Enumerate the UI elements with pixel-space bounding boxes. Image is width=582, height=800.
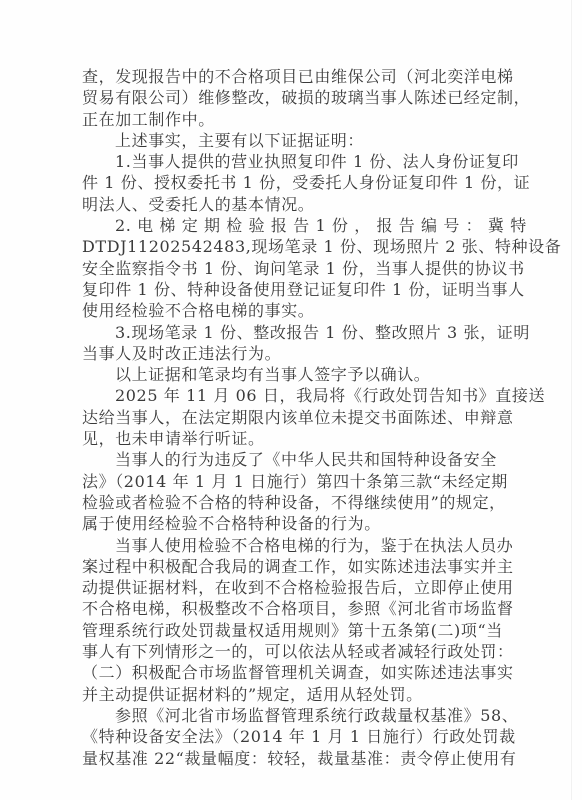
text-line: 当事人的行为违反了《中华人民共和国特种设备安全	[82, 449, 484, 470]
text-line: 当事人使用检验不合格电梯的行为，鉴于在执法人员办	[82, 535, 484, 556]
page-edge-shadow	[571, 0, 572, 800]
text-line: 1.当事人提供的营业执照复印件 1 份、法人身份证复印	[82, 151, 484, 172]
paragraph-evidence-3: 3.现场笔录 1 份、整改报告 1 份、整改照片 3 张，证明 当事人及时改正违…	[82, 322, 484, 365]
text-line: 2. 电 梯 定 期 检 验 报 告 1 份 ， 报 告 编 号 ： 冀 特	[82, 215, 484, 236]
text-line: 法》（2014 年 1 月 1 日施行）第四十条第三款“未经定期	[82, 471, 484, 492]
text-line: 属于使用经检验不合格特种设备的行为。	[82, 513, 484, 534]
text-line: DTDJ11202542483,现场笔录 1 份、现场照片 2 张、特种设备	[82, 236, 484, 257]
text-line: 明法人、受委托人的基本情况。	[82, 194, 484, 215]
text-line: 复印件 1 份、特种设备使用登记证复印件 1 份，证明当事人	[82, 279, 484, 300]
paragraph-mitigation: 当事人使用检验不合格电梯的行为，鉴于在执法人员办 案过程中积极配合我局的调查工作…	[82, 535, 484, 705]
text-line: 动提供证据材料，在收到不合格检验报告后，立即停止使用	[82, 577, 484, 598]
text-line: 不合格电梯，积极整改不合格项目，参照《河北省市场监督	[82, 598, 484, 619]
text-line: 并主动提供证据材料的”规定，适用从轻处罚。	[82, 684, 484, 705]
text-line: 参照《河北省市场监督管理系统行政裁量权基准》58、	[82, 705, 484, 726]
paragraph-notice: 2025 年 11 月 06 日，我局将《行政处罚告知书》直接送 达给当事人，在…	[82, 385, 484, 449]
text-line: 案过程中积极配合我局的调查工作，如实陈述违法事实并主	[82, 556, 484, 577]
text-line: 管理系统行政处罚裁量权适用规则》第十五条第(二)项“当	[82, 620, 484, 641]
text-line: 上述事实，主要有以下证据证明：	[82, 130, 484, 151]
text-line: 以上证据和笔录均有当事人签字予以确认。	[82, 364, 484, 385]
paragraph-confirmation: 以上证据和笔录均有当事人签字予以确认。	[82, 364, 484, 385]
text-line: 达给当事人，在法定期限内该单位未提交书面陈述、申辩意	[82, 407, 484, 428]
text-line: 查，发现报告中的不合格项目已由维保公司（河北奕洋电梯	[82, 66, 484, 87]
text-line: 贸易有限公司）维修整改，破损的玻璃当事人陈述已经定制，	[82, 87, 484, 108]
text-line: 正在加工制作中。	[82, 109, 484, 130]
text-line: 量权基准 22“裁量幅度：较轻，裁量基准：责令停止使用有	[82, 748, 484, 769]
text-line: （二）积极配合市场监督管理机关调查，如实陈述违法事实	[82, 662, 484, 683]
paragraph-violation: 当事人的行为违反了《中华人民共和国特种设备安全 法》（2014 年 1 月 1 …	[82, 449, 484, 534]
text-line: 安全监察指令书 1 份、询问笔录 1 份，当事人提供的协议书	[82, 258, 484, 279]
text-line: 见，也未申请举行听证。	[82, 428, 484, 449]
text-line: 检验或者检验不合格的特种设备，不得继续使用”的规定，	[82, 492, 484, 513]
document-page: 查，发现报告中的不合格项目已由维保公司（河北奕洋电梯 贸易有限公司）维修整改，破…	[0, 0, 582, 800]
text-line: 当事人及时改正违法行为。	[82, 343, 484, 364]
paragraph-evidence-1: 1.当事人提供的营业执照复印件 1 份、法人身份证复印 件 1 份、授权委托书 …	[82, 151, 484, 215]
paragraph-reference: 参照《河北省市场监督管理系统行政裁量权基准》58、 《特种设备安全法》（2014…	[82, 705, 484, 769]
text-line: 件 1 份、授权委托书 1 份，受委托人身份证复印件 1 份，证	[82, 172, 484, 193]
text-line: 事人有下列情形之一的，可以依法从轻或者减轻行政处罚：	[82, 641, 484, 662]
document-body: 查，发现报告中的不合格项目已由维保公司（河北奕洋电梯 贸易有限公司）维修整改，破…	[82, 66, 484, 769]
paragraph-continuation: 查，发现报告中的不合格项目已由维保公司（河北奕洋电梯 贸易有限公司）维修整改，破…	[82, 66, 484, 130]
text-line: 3.现场笔录 1 份、整改报告 1 份、整改照片 3 张，证明	[82, 322, 484, 343]
paragraph-evidence-2: 2. 电 梯 定 期 检 验 报 告 1 份 ， 报 告 编 号 ： 冀 特 D…	[82, 215, 484, 321]
text-line: 《特种设备安全法》（2014 年 1 月 1 日施行）行政处罚裁	[82, 726, 484, 747]
text-line: 使用经检验不合格电梯的事实。	[82, 300, 484, 321]
paragraph-evidence-intro: 上述事实，主要有以下证据证明：	[82, 130, 484, 151]
text-line: 2025 年 11 月 06 日，我局将《行政处罚告知书》直接送	[82, 385, 484, 406]
